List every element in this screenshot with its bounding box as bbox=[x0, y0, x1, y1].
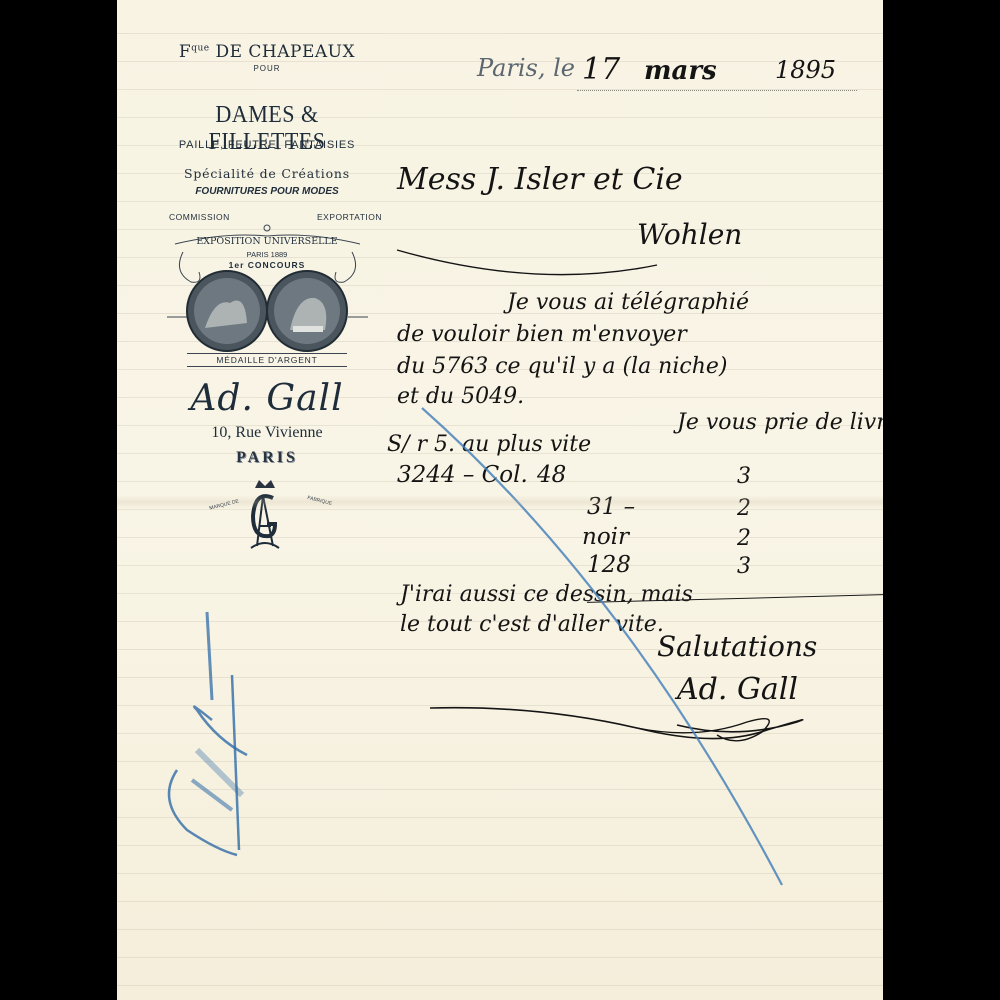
date-day: 17 bbox=[582, 52, 620, 87]
letterhead-marque: MARQUE DE bbox=[209, 498, 240, 511]
body-line: Je vous prie de livrer bbox=[677, 410, 883, 435]
letterhead-exportation: EXPORTATION bbox=[317, 212, 382, 222]
letterhead-pour: POUR bbox=[167, 64, 367, 73]
printed-dateline-label: Paris, le bbox=[477, 54, 575, 82]
addressee-town: Wohlen bbox=[637, 218, 742, 251]
fque-rest: DE CHAPEAUX bbox=[210, 42, 356, 62]
letterhead-paris-1889: PARIS 1889 bbox=[177, 250, 357, 259]
letterhead-exposition: EXPOSITION UNIVERSELLE bbox=[177, 236, 357, 247]
letterhead-specialite: Spécialité de Créations bbox=[157, 166, 377, 181]
medal-pair-icon bbox=[185, 268, 350, 354]
order-ref: 3244 – Col. bbox=[397, 462, 528, 488]
date-month: mars bbox=[644, 56, 717, 86]
dateline-rule bbox=[577, 90, 857, 91]
order-col: 31 – bbox=[587, 494, 635, 520]
signature: Ad. Gall bbox=[677, 672, 798, 707]
fque-sup: que bbox=[191, 43, 209, 53]
date-year: 1895 bbox=[775, 56, 836, 84]
letterhead-fournitures: FOURNITURES POUR MODES bbox=[157, 186, 377, 197]
letter-sheet: Fque DE CHAPEAUX POUR DAMES & FILLETTES … bbox=[117, 0, 883, 1000]
order-col: 48 bbox=[537, 462, 566, 488]
letterhead-fabrique: Fque DE CHAPEAUX bbox=[167, 42, 367, 62]
order-qty: 3 bbox=[737, 464, 751, 489]
fque-prefix: F bbox=[179, 42, 191, 62]
crowned-monogram-icon bbox=[245, 476, 285, 556]
order-qty: 2 bbox=[737, 526, 751, 551]
order-intro: S/ r 5. au plus vite bbox=[387, 432, 591, 457]
closing-line: J'irai aussi ce dessin, mais bbox=[400, 582, 693, 607]
order-qty: 2 bbox=[737, 496, 751, 521]
addressee-name: Mess J. Isler et Cie bbox=[397, 162, 683, 197]
letterhead-paille: PAILLE, FEUTRE, FANTAISIES bbox=[157, 139, 377, 151]
order-col: noir bbox=[582, 524, 629, 550]
letterhead-fabrique-mark: FABRIQUE bbox=[307, 495, 333, 507]
body-line: du 5763 ce qu'il y a (la niche) bbox=[397, 354, 727, 379]
order-col: 128 bbox=[587, 552, 631, 578]
letterhead-address: 10, Rue Vivienne bbox=[157, 424, 377, 442]
letterhead-name: Ad. Gall bbox=[157, 378, 377, 419]
salutation: Salutations bbox=[657, 630, 817, 663]
body-line: Je vous ai télégraphié bbox=[507, 290, 749, 315]
body-line: de vouloir bien m'envoyer bbox=[397, 322, 687, 347]
closing-line: le tout c'est d'aller vite. bbox=[400, 612, 664, 637]
body-line: et du 5049. bbox=[397, 384, 524, 409]
letterhead-medaille: MÉDAILLE D'ARGENT bbox=[187, 353, 347, 367]
order-qty: 3 bbox=[737, 554, 751, 579]
letterhead-commission: COMMISSION bbox=[169, 212, 230, 222]
letterhead-city: PARIS bbox=[157, 449, 377, 467]
